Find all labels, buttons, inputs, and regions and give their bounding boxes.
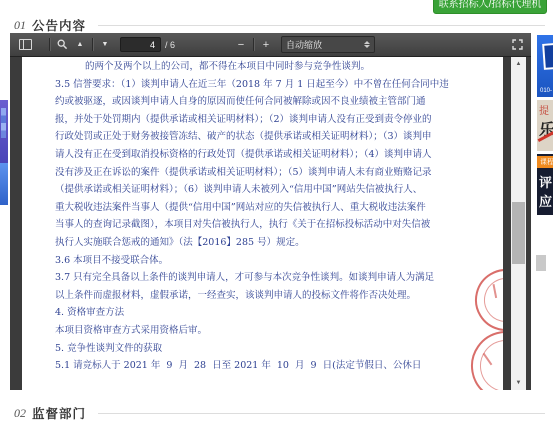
scroll-down-button[interactable]: ▼ bbox=[511, 376, 526, 390]
section-divider bbox=[98, 25, 545, 26]
section-number: 01 bbox=[14, 18, 26, 33]
scroll-up-button[interactable]: ▲ bbox=[511, 57, 526, 71]
select-updown-icon bbox=[364, 41, 370, 48]
document-line: 没有涉及正在诉讼的案件（提供承诺或相关证明材料）；（5）谈判申请人未有商业贿赂记… bbox=[22, 164, 503, 182]
section-supervision-heading: 02 监督部门 bbox=[14, 404, 547, 422]
ad-text-line2: 应 bbox=[539, 191, 552, 210]
document-line: 执行人实施联合惩戒的通知》（法【2016】285 号）规定。 bbox=[22, 234, 503, 252]
section-number: 02 bbox=[14, 406, 26, 421]
section-title: 公告内容 bbox=[32, 16, 86, 34]
document-line: 5. 竞争性谈判文件的获取 bbox=[22, 340, 503, 358]
search-icon bbox=[57, 39, 68, 50]
ad-banner-blue[interactable]: 010- bbox=[537, 35, 553, 97]
document-line: 行政处罚或正处于财务被接管冻结、破产的状态（提供承诺或相关证明材料）；（3）谈判… bbox=[22, 128, 503, 146]
side-widget-fragment bbox=[536, 255, 546, 271]
document-line: 本项目资格审查方式采用资格后审。 bbox=[22, 322, 503, 340]
section-divider bbox=[98, 413, 545, 414]
zoom-select-label: 自动缩放 bbox=[286, 38, 322, 51]
section-announcement-heading: 01 公告内容 bbox=[14, 16, 547, 34]
document-line: 4. 资格审查方法 bbox=[22, 304, 503, 322]
picture-frame-icon bbox=[542, 42, 553, 70]
ad-banner-dark[interactable]: 课程 评 应 bbox=[537, 154, 553, 215]
contact-bidder-button[interactable]: 联系招标人/招标代理机构 bbox=[433, 0, 547, 14]
ad-phone-caption: 010- bbox=[540, 88, 552, 94]
document-line: 约或被驱逐，或因谈判申请人自身的原因而使任何合同被解除或因不良业绩被主管部门通 bbox=[22, 93, 503, 111]
page-up-button[interactable]: ▲ bbox=[71, 36, 89, 53]
fullscreen-icon bbox=[512, 39, 523, 50]
toolbar-separator bbox=[92, 38, 93, 51]
page-number-input[interactable] bbox=[120, 37, 161, 52]
document-line: 3.5 信誉要求：（1）谈判申请人在近三年（2018 年 7 月 1 日起至今）… bbox=[22, 76, 503, 94]
presentation-mode-button[interactable] bbox=[508, 36, 526, 53]
scroll-thumb[interactable] bbox=[512, 202, 525, 264]
pdf-toolbar: ▲ ▼ / 6 − + 自动缩放 bbox=[10, 33, 531, 57]
pdf-page: 的两个及两个以上的公司，都不得在本项目中同时参与竞争性谈判。 3.5 信誉要求：… bbox=[22, 57, 503, 390]
document-line: 重大税收违法案件当事人（提供“信用中国”网站对应的失信被执行人、重大税收违法案件 bbox=[22, 199, 503, 217]
document-line: 报，并处于处罚期内（提供承诺或相关证明材料）；（2）谈判申请人没有正受到责令停业… bbox=[22, 111, 503, 129]
zoom-select[interactable]: 自动缩放 bbox=[281, 36, 375, 53]
document-line: 3.6 本项目不接受联合体。 bbox=[22, 252, 503, 270]
page-count-label: / 6 bbox=[165, 40, 175, 50]
document-line: 5.1 请竞标人于 2021 年 9 月 28 日至 2021 年 10 月 9… bbox=[22, 357, 503, 375]
zoom-controls: − + 自动缩放 bbox=[232, 33, 375, 56]
scrollbar[interactable]: ▲ ▼ bbox=[511, 57, 526, 390]
search-button[interactable] bbox=[53, 36, 71, 53]
zoom-in-button[interactable]: + bbox=[257, 36, 275, 53]
page-down-button[interactable]: ▼ bbox=[96, 36, 114, 53]
page-root: 联系招标人/招标代理机构 01 公告内容 ▲ ▼ / 6 − bbox=[0, 0, 553, 431]
left-page-fragment-blue bbox=[0, 163, 8, 205]
document-line: 以上条件而虚报材料，虚假承诺，一经查实，该谈判申请人的投标文件将作否决处理。 bbox=[22, 287, 503, 305]
sidebar-toggle-button[interactable] bbox=[16, 36, 34, 53]
left-page-fragment-purple bbox=[0, 100, 8, 163]
ad-banner-beige[interactable]: 提 乐 bbox=[537, 100, 553, 151]
document-line: 3.7 只有完全具备以上条件的谈判申请人，才可参与本次竞争性谈判。如谈判申请人为… bbox=[22, 269, 503, 287]
document-line: 的两个及两个以上的公司，都不得在本项目中同时参与竞争性谈判。 bbox=[22, 58, 503, 76]
section-title: 监督部门 bbox=[32, 404, 86, 422]
ad-text-line1: 评 bbox=[539, 172, 552, 191]
zoom-out-button[interactable]: − bbox=[232, 36, 250, 53]
pdf-document-area: 的两个及两个以上的公司，都不得在本项目中同时参与竞争性谈判。 3.5 信誉要求：… bbox=[10, 57, 531, 390]
toolbar-separator bbox=[253, 38, 254, 51]
ad-text-top: 提 bbox=[539, 102, 549, 117]
document-line: 当事人的查询记录截图），本项目对失信被执行人，执行《关于在招标投标活动中对失信被 bbox=[22, 216, 503, 234]
document-line: （提供承诺或相关证明材料）；（6）谈判申请人未被列入“信用中国”网站失信被执行人… bbox=[22, 181, 503, 199]
sidebar-toggle-icon bbox=[19, 39, 32, 50]
toolbar-separator bbox=[49, 38, 50, 51]
pdf-viewer: ▲ ▼ / 6 − + 自动缩放 bbox=[10, 33, 531, 389]
ad-tag: 课程 bbox=[537, 156, 553, 168]
document-line: 请人没有正在受到取消投标资格的行政处罚（提供承诺或相关证明材料）；（4）谈判申请… bbox=[22, 146, 503, 164]
